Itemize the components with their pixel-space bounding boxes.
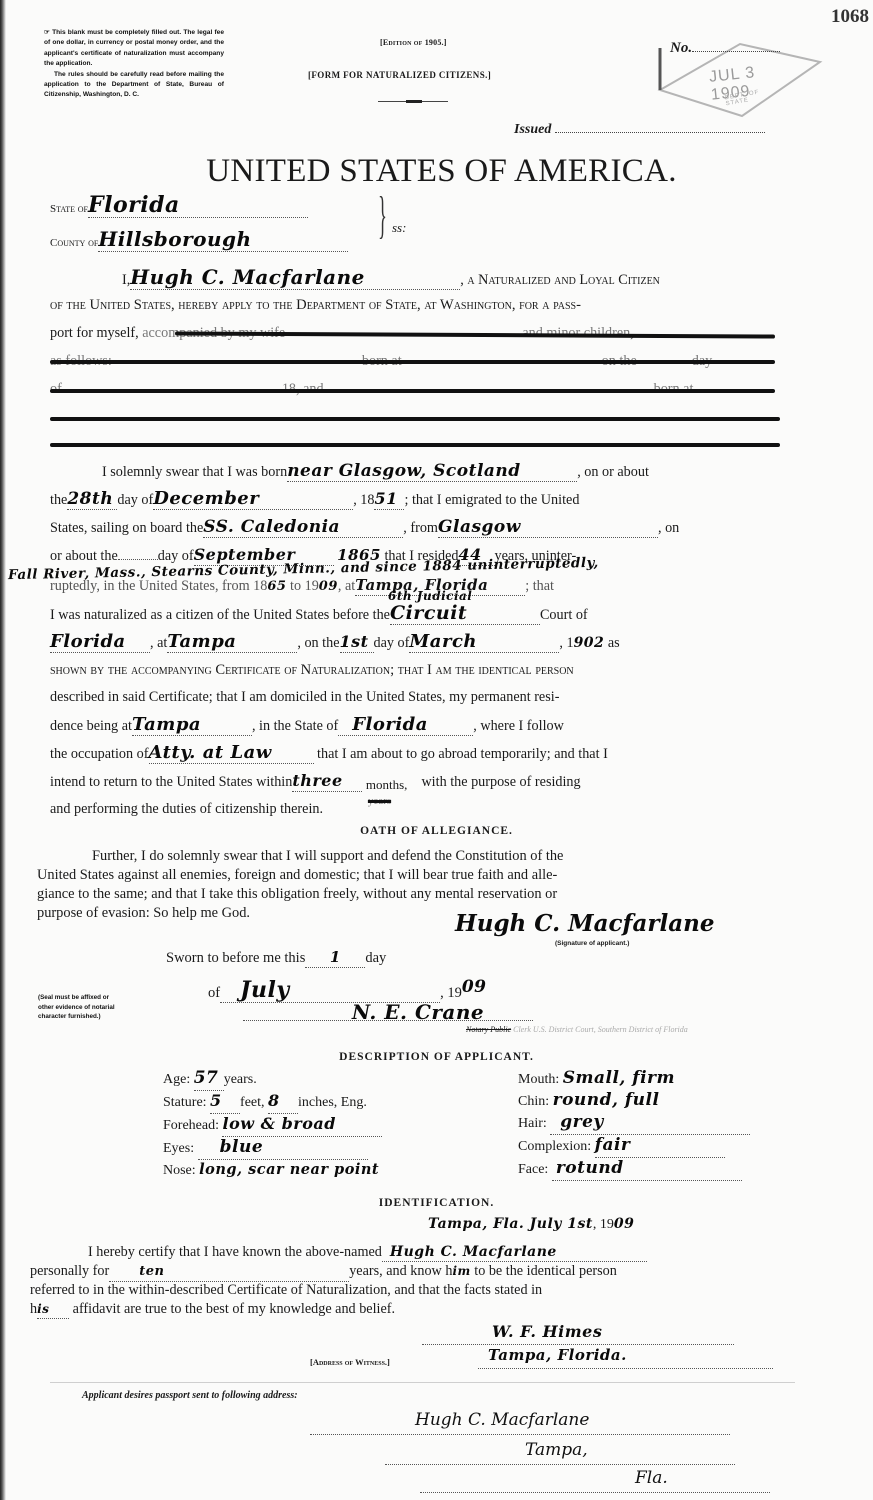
feet-value[interactable]: 5 — [210, 1091, 222, 1110]
that-text: ; that — [525, 578, 554, 594]
instructions-notice: ☞ This blank must be completely filled o… — [44, 28, 224, 101]
county-label: County of — [50, 237, 98, 249]
witness-address-label: [Address of Witness.] — [310, 1357, 390, 1367]
birth-month-value[interactable]: December — [153, 488, 259, 509]
allegiance-line-1: Further, I do solemnly swear that I will… — [92, 847, 782, 865]
passport-number-label: No. — [670, 40, 692, 56]
application-line-2: of the United States, hereby apply to th… — [50, 296, 785, 314]
of-text: of — [208, 985, 220, 1001]
allegiance-heading: OATH OF ALLEGIANCE. — [0, 825, 873, 837]
dence-being-text: dence being at — [50, 718, 132, 734]
day-of-text: day of — [117, 492, 153, 508]
state-value[interactable]: Florida — [88, 192, 180, 218]
identification-line-2: personally fortenyears, and know him to … — [30, 1262, 780, 1282]
or-about-text: or about the — [50, 548, 118, 564]
application-line-4: as follows:born aton theday — [50, 352, 785, 370]
stature-row: Stature: 5feet, 8inches, Eng. — [163, 1091, 493, 1114]
form-type-label: [FORM FOR NATURALIZED CITIZENS.] — [308, 70, 491, 80]
witness-signature: W. F. Himes — [492, 1322, 602, 1341]
page-number: 1068 — [831, 6, 869, 28]
from-year-value[interactable]: 65 — [267, 579, 286, 594]
identification-line-3: referred to in the within-described Cert… — [30, 1281, 780, 1299]
naturalization-court-row: I was naturalized as a citizen of the Un… — [50, 604, 785, 625]
eyes-row: Eyes: blue — [163, 1137, 493, 1160]
notary-extra: Clerk U.S. District Court, Southern Dist… — [513, 1025, 688, 1034]
identification-line-1: I hereby certify that I have known the a… — [88, 1243, 788, 1262]
allegiance-line-2: United States against all enemies, forei… — [37, 866, 782, 884]
chin-value[interactable]: round, full — [553, 1090, 660, 1110]
year-19-text: , 19 — [440, 985, 462, 1001]
age-value[interactable]: 57 — [194, 1068, 219, 1088]
duties-line: and performing the duties of citizenship… — [50, 800, 785, 818]
witness-signature-field[interactable]: W. F. Himes — [422, 1322, 734, 1345]
mailing-line-1[interactable]: Hugh C. Macfarlane — [310, 1410, 730, 1435]
naturalization-year-value[interactable]: 902 — [574, 635, 605, 651]
fold-line — [50, 1382, 795, 1383]
on-text: , on — [658, 520, 679, 536]
identification-year[interactable]: 09 — [614, 1216, 634, 1232]
to-19-text: to 19 — [290, 578, 319, 594]
seal-note: (Seal must be affixed or other evidence … — [38, 993, 118, 1022]
eyes-value[interactable]: blue — [220, 1137, 264, 1157]
nose-label: Nose: — [163, 1163, 196, 1178]
identification-place-date[interactable]: Tampa, Fla. July 1st — [428, 1216, 593, 1232]
mailing-state: Fla. — [635, 1468, 668, 1488]
complexion-value[interactable]: fair — [595, 1135, 631, 1155]
mailing-city: Tampa, — [525, 1440, 588, 1460]
in-state-text: , in the State of — [252, 718, 338, 734]
return-row: intend to return to the United States wi… — [50, 772, 785, 792]
application-line-3: port for myself, accompanied by my wife … — [50, 324, 785, 342]
stature-label: Stature: — [163, 1095, 207, 1110]
birthplace-row: I solemnly swear that I was bornnear Gla… — [50, 462, 785, 482]
notary-signature: N. E. Crane — [352, 1000, 484, 1024]
the-text: the — [50, 492, 67, 508]
hair-value[interactable]: grey — [560, 1112, 604, 1132]
applicant-name[interactable]: Hugh C. Macfarlane — [130, 265, 365, 289]
description-left: Age: 57years. Stature: 5feet, 8inches, E… — [163, 1068, 493, 1181]
county-row: County ofHillsborough — [50, 230, 785, 252]
nose-value[interactable]: long, scar near point — [199, 1161, 379, 1178]
abroad-text: that I am about to go abroad temporarily… — [317, 746, 608, 762]
strike-line — [50, 417, 780, 421]
domicile-line: described in said Certificate; that I am… — [50, 688, 785, 706]
strike-line — [50, 389, 775, 393]
citizen-text: , a Naturalized and Loyal Citizen — [460, 272, 660, 288]
court-note[interactable]: 6th Judicial — [388, 589, 472, 603]
residence-city-row: dence being atTampa, in the State ofFlor… — [50, 716, 785, 736]
from-text: , from — [403, 520, 438, 536]
notary-signature-field[interactable]: N. E. Crane — [243, 1000, 533, 1021]
mouth-label: Mouth: — [518, 1072, 559, 1087]
court-of-text: Court of — [540, 607, 588, 623]
emigrated-text: ; that I emigrated to the United — [404, 492, 579, 508]
known-name-value[interactable]: Hugh C. Macfarlane — [390, 1244, 557, 1260]
description-heading: DESCRIPTION OF APPLICANT. — [0, 1051, 873, 1063]
birthdate-row: the28thday ofDecember, 1851; that I emig… — [50, 490, 785, 510]
age-unit: years. — [224, 1072, 257, 1087]
allegiance-line-3: giance to the same; and that I take this… — [37, 885, 782, 903]
ruptedly-text: ruptedly, in the United States, from 18 — [50, 578, 267, 594]
forehead-row: Forehead: low & broad — [163, 1114, 493, 1137]
sailing-text: States, sailing on board the — [50, 520, 203, 536]
identical-person-text: to be the identical person — [474, 1263, 617, 1279]
h-text: h — [30, 1301, 37, 1317]
so-help-me-god: purpose of evasion: So help me God. — [37, 905, 250, 921]
where-follow-text: , where I follow — [473, 718, 564, 734]
birthplace-value[interactable]: near Glasgow, Scotland — [287, 461, 520, 481]
court-city-value[interactable]: Tampa — [167, 631, 236, 652]
day-of-text-2: day of — [158, 548, 194, 564]
birth-year-value[interactable]: 51 — [374, 489, 397, 508]
complexion-row: Complexion: fair — [518, 1135, 818, 1158]
on-or-about: , on or about — [577, 464, 649, 480]
face-label: Face: — [518, 1162, 548, 1177]
court-value[interactable]: Circuit — [390, 602, 467, 624]
sworn-day-value[interactable]: 1 — [330, 948, 341, 966]
on-the-text: , on the — [297, 635, 339, 651]
mailing-name: Hugh C. Macfarlane — [415, 1410, 589, 1430]
residence-state-value[interactable]: Florida — [352, 714, 428, 735]
personally-for-text: personally for — [30, 1263, 109, 1279]
as-text: as — [608, 635, 620, 651]
face-value[interactable]: rotund — [556, 1158, 624, 1178]
day-of-text-3: day of — [374, 635, 410, 651]
at-text: , at — [338, 578, 355, 594]
county-value[interactable]: Hillsborough — [98, 227, 251, 251]
notice-paragraph-2: The rules should be carefully read befor… — [44, 70, 224, 101]
identification-date: Tampa, Fla. July 1st, 1909 — [428, 1216, 634, 1233]
forehead-value[interactable]: low & broad — [222, 1114, 335, 1133]
mouth-row: Mouth: Small, firm — [518, 1068, 818, 1090]
applicant-name-row: I,Hugh C. Macfarlane, a Naturalized and … — [50, 268, 785, 290]
forehead-label: Forehead: — [163, 1118, 219, 1133]
return-text: intend to return to the United States wi… — [50, 774, 292, 790]
face-row: Face: rotund — [518, 1158, 818, 1181]
ship-value[interactable]: SS. Caledonia — [203, 517, 340, 537]
hair-row: Hair: grey — [518, 1112, 818, 1135]
18-text: , 18 — [353, 492, 374, 508]
chin-row: Chin: round, full — [518, 1090, 818, 1112]
witness-address: Tampa, Florida. — [488, 1346, 627, 1364]
inches-value[interactable]: 8 — [268, 1091, 280, 1110]
notary-label: Notary Public — [466, 1025, 511, 1034]
pointing-hand-icon: ☞ — [44, 29, 50, 36]
occupation-text: the occupation of — [50, 746, 149, 762]
eyes-label: Eyes: — [163, 1141, 194, 1156]
notice-paragraph-1: This blank must be completely filled out… — [44, 29, 224, 67]
court-state-value[interactable]: Florida — [50, 631, 126, 652]
naturalization-day-value[interactable]: 1st — [340, 632, 369, 651]
notary-title: Notary Public Clerk U.S. District Court,… — [466, 1025, 688, 1034]
pronoun2-fill[interactable]: is — [37, 1302, 49, 1316]
header-divider — [378, 101, 448, 102]
port-for-myself: port for myself, — [50, 325, 139, 341]
certificate-line: shown by the accompanying Certificate of… — [50, 661, 785, 679]
inches-unit: inches, Eng. — [298, 1095, 367, 1110]
born-text: I solemnly swear that I was born — [102, 464, 287, 480]
ship-row: States, sailing on board theSS. Caledoni… — [50, 518, 785, 538]
identification-heading: IDENTIFICATION. — [0, 1197, 873, 1209]
issued-label: Issued — [514, 122, 551, 137]
years-known-value[interactable]: ten — [139, 1264, 164, 1279]
pronoun-fill[interactable]: im — [452, 1264, 470, 1278]
naturalization-month-value[interactable]: March — [409, 631, 477, 652]
port-value[interactable]: Glasgow — [438, 517, 521, 537]
to-year-value[interactable]: 09 — [319, 579, 338, 594]
passport-number-field[interactable]: No. — [670, 40, 780, 57]
issued-field[interactable]: Issued — [514, 122, 765, 138]
year-19-text-2: , 19 — [593, 1217, 614, 1232]
sworn-text: Sworn to before me this — [166, 950, 305, 966]
nose-row: Nose: long, scar near point — [163, 1160, 493, 1181]
residence-city-value[interactable]: Tampa — [132, 714, 201, 735]
hair-label: Hair: — [518, 1116, 547, 1131]
strike-line — [50, 443, 780, 447]
edition-label: [Edition of 1905.] — [380, 38, 447, 47]
naturalization-date-row: Florida, atTampa, on the1stday ofMarch, … — [50, 633, 785, 653]
occupation-row: the occupation ofAtty. at Law that I am … — [50, 744, 785, 764]
complexion-label: Complexion: — [518, 1139, 591, 1154]
birth-day-value[interactable]: 28th — [67, 489, 113, 509]
strike-line — [50, 360, 775, 364]
residing-text: with the purpose of residing — [421, 774, 580, 790]
identification-line-4: his affidavit are true to the best of my… — [30, 1300, 780, 1319]
year-prefix: , 1 — [559, 635, 573, 651]
mailing-line-3[interactable]: Fla. — [420, 1468, 770, 1493]
at-text-2: , at — [150, 635, 167, 651]
affidavit-text: affidavit are true to the best of my kno… — [73, 1301, 395, 1317]
signature-label: (Signature of applicant.) — [555, 940, 629, 947]
document-title: UNITED STATES OF AMERICA. — [0, 153, 873, 190]
sworn-day-row: Sworn to before me this1day — [166, 948, 873, 968]
witness-address-field[interactable]: Tampa, Florida. — [478, 1346, 773, 1369]
mouth-value[interactable]: Small, firm — [563, 1068, 675, 1088]
return-within-value[interactable]: three — [292, 771, 342, 790]
application-line-5: of18, andborn at — [50, 380, 785, 398]
state-row: State ofFlorida — [50, 196, 785, 218]
mailing-line-2[interactable]: Tampa, — [385, 1440, 735, 1465]
chin-label: Chin: — [518, 1094, 549, 1109]
applicant-signature[interactable]: Hugh C. Macfarlane — [455, 910, 714, 937]
description-right: Mouth: Small, firm Chin: round, full Hai… — [518, 1068, 818, 1181]
occupation-value[interactable]: Atty. at Law — [149, 742, 272, 763]
age-row: Age: 57years. — [163, 1068, 493, 1091]
mailing-label: Applicant desires passport sent to follo… — [82, 1390, 298, 1401]
sworn-year-value[interactable]: 09 — [462, 977, 487, 997]
state-label: State of — [50, 203, 88, 215]
age-label: Age: — [163, 1072, 190, 1087]
know-h-text: years, and know h — [349, 1263, 452, 1279]
day-text: day — [365, 950, 386, 966]
scan-edge-shadow — [0, 0, 6, 1500]
certify-text: I hereby certify that I have known the a… — [88, 1244, 382, 1260]
naturalized-text: I was naturalized as a citizen of the Un… — [50, 607, 390, 623]
feet-unit: feet, — [240, 1095, 264, 1110]
